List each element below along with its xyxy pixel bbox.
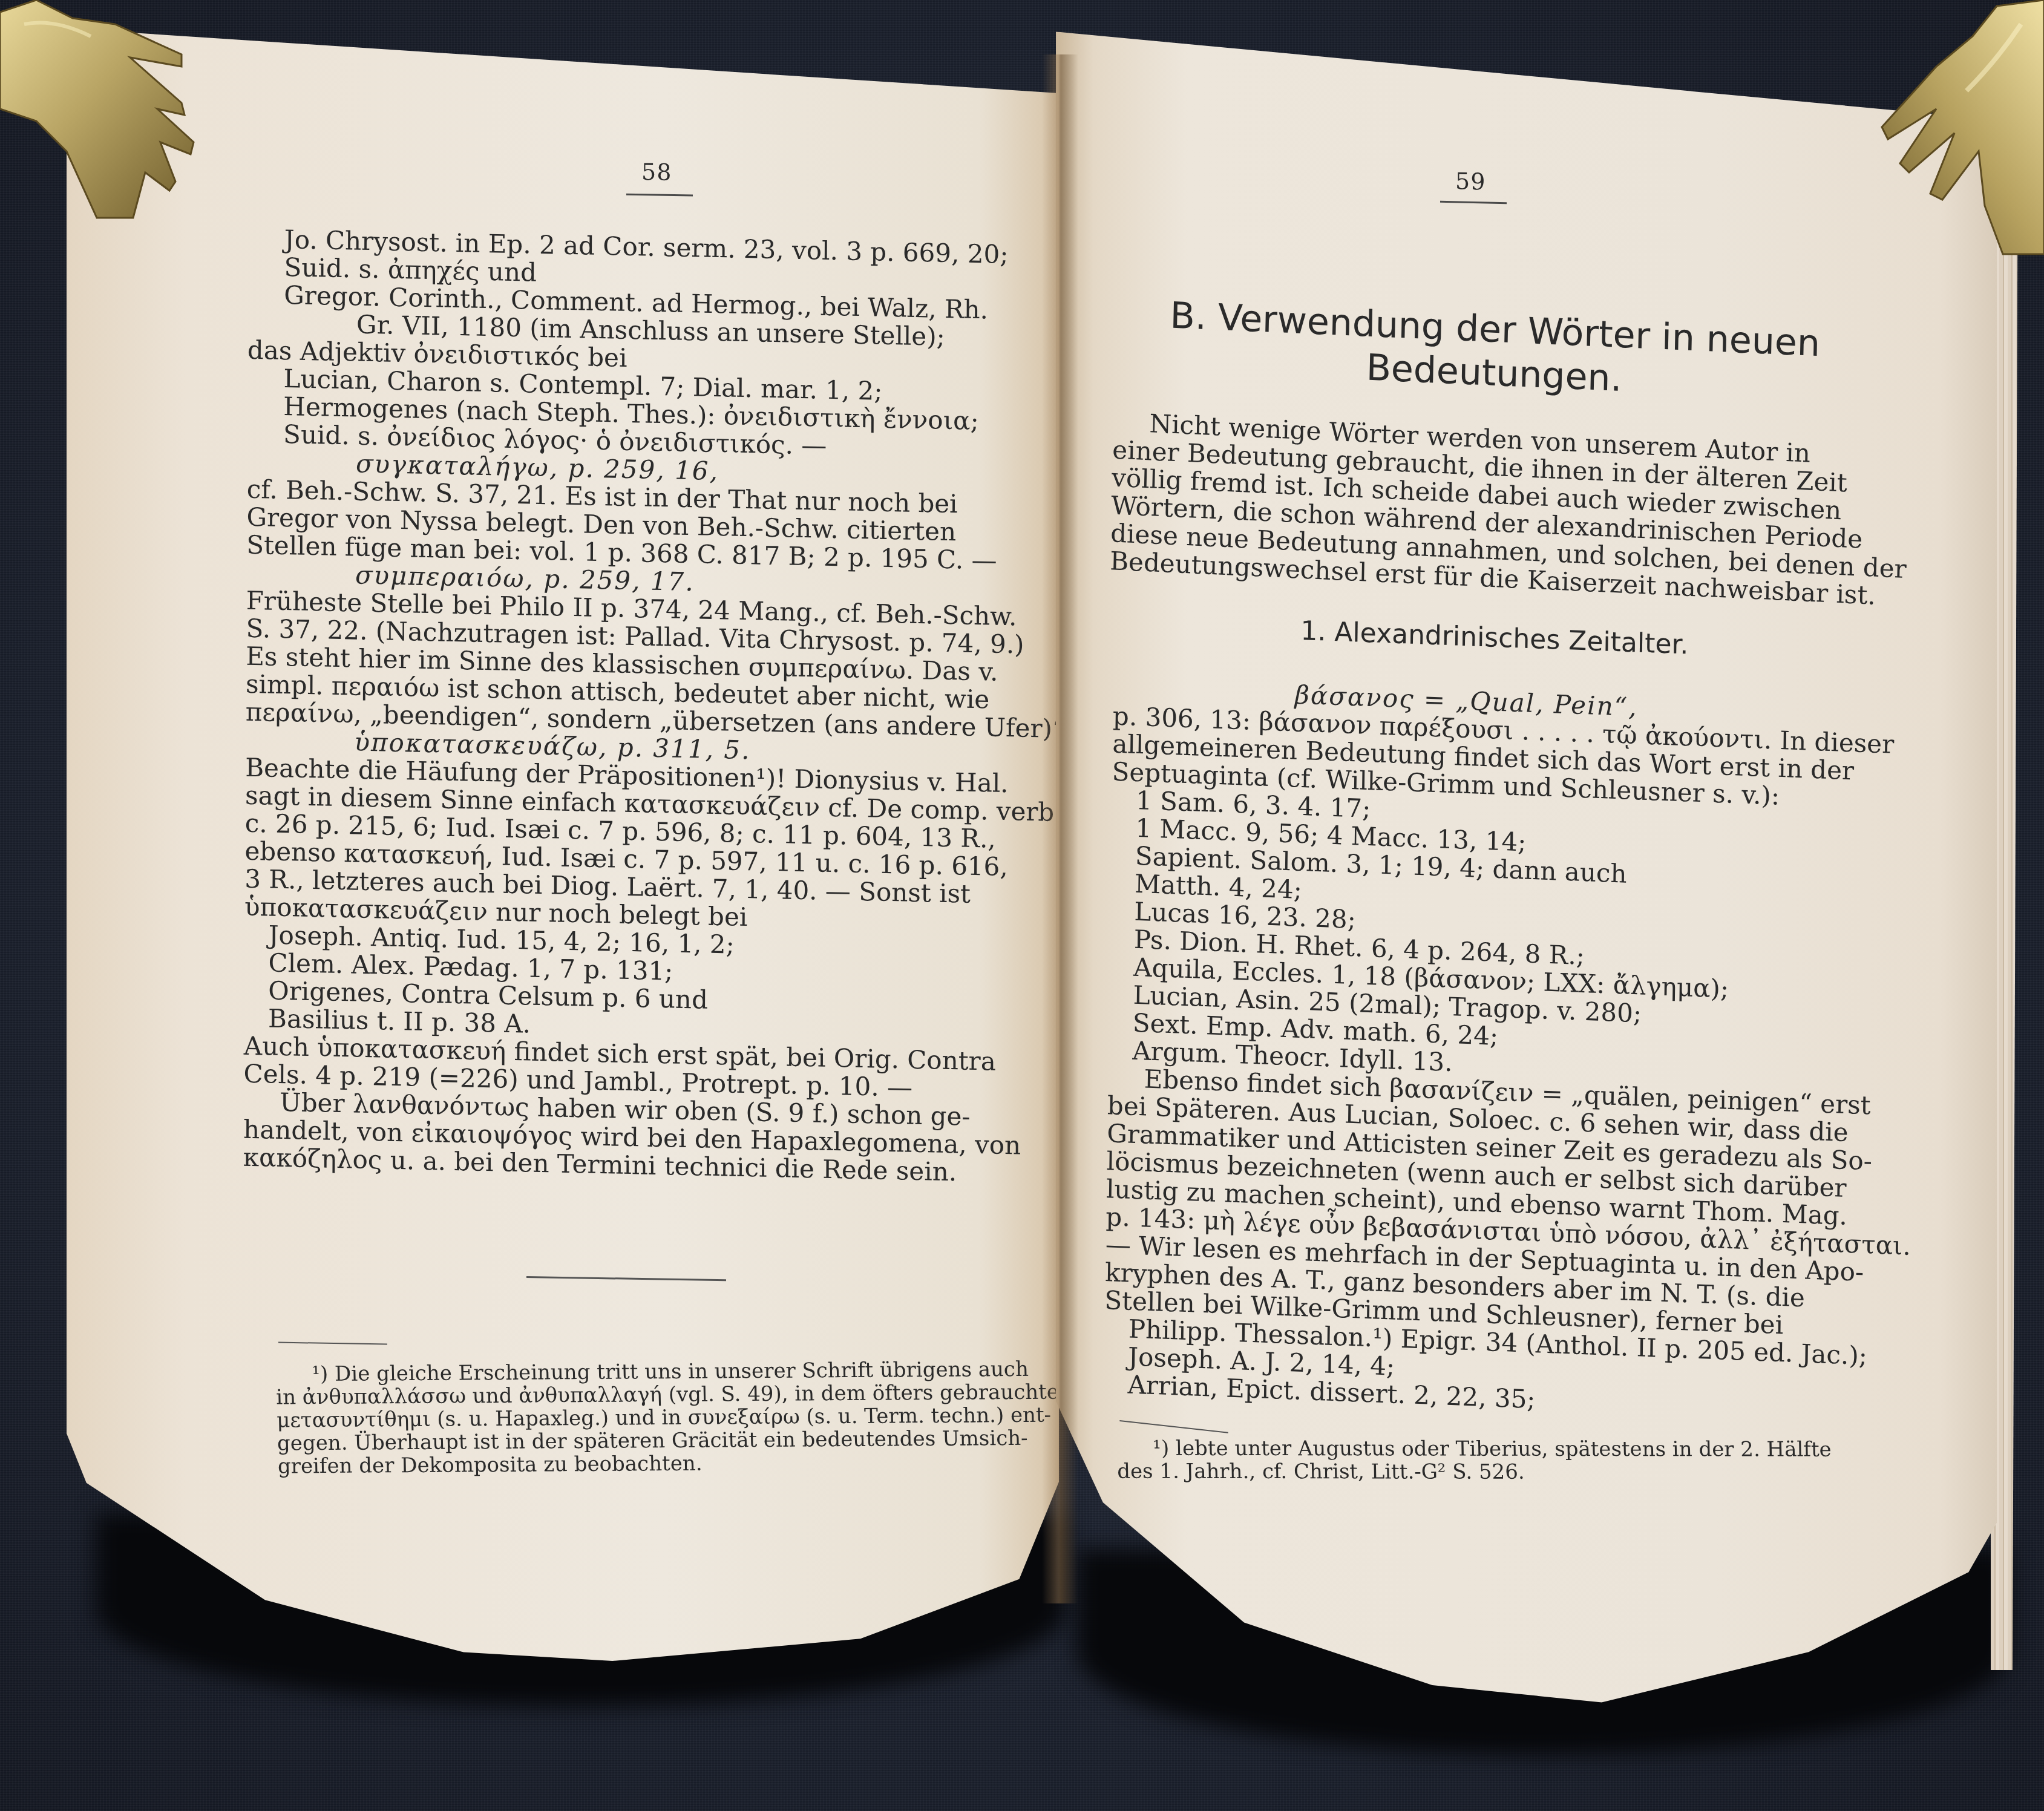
section-end-rule [526,1276,726,1281]
main-text: Jo. Chrysost. in Ep. 2 ad Cor. serm. 23,… [243,225,1059,1189]
page-number-rule [626,194,693,197]
footnote-line: gegen. Überhaupt ist in der späteren Grä… [277,1426,1059,1455]
section-heading: B. Verwendung der Wörter in neuen Bedeut… [1146,293,1844,410]
page-number-rule [1440,201,1507,204]
open-book: 58 Jo. Chrysost. in Ep. 2 ad Cor. serm. … [0,0,2044,1811]
left-page: 58 Jo. Chrysost. in Ep. 2 ad Cor. serm. … [67,28,1059,1678]
book-gutter [1042,54,1078,1603]
main-text: βάσανος = „Qual, Pein“, p. 306, 13: βάσα… [1103,675,1918,1427]
page-number: 59 [1455,168,1486,195]
footnote-rule [1119,1420,1228,1433]
subsection-heading: 1. Alexandrinisches Zeitalter. [1237,613,1752,663]
brass-hand-left-icon [0,0,230,230]
intro-paragraph: Nicht wenige Wörter werden von unserem A… [1110,408,1910,611]
footnote-rule [278,1342,387,1345]
footnote: ¹) Die gleiche Erscheinung tritt uns in … [275,1357,1059,1478]
brass-hand-right-icon [1864,0,2044,266]
page-number: 58 [641,159,672,186]
footnote-line: greifen der Dekomposita zu beobachten. [277,1449,1059,1478]
right-page: 59 B. Verwendung der Wörter in neuen Bed… [1056,31,1997,1723]
footnote-line: ¹) lebte unter Augustus oder Tiberius, s… [1116,1437,1832,1461]
footnote: ¹) lebte unter Augustus oder Tiberius, s… [1116,1437,1832,1484]
footnote-line: des 1. Jahrh., cf. Christ, Litt.-G² S. 5… [1117,1460,1832,1484]
